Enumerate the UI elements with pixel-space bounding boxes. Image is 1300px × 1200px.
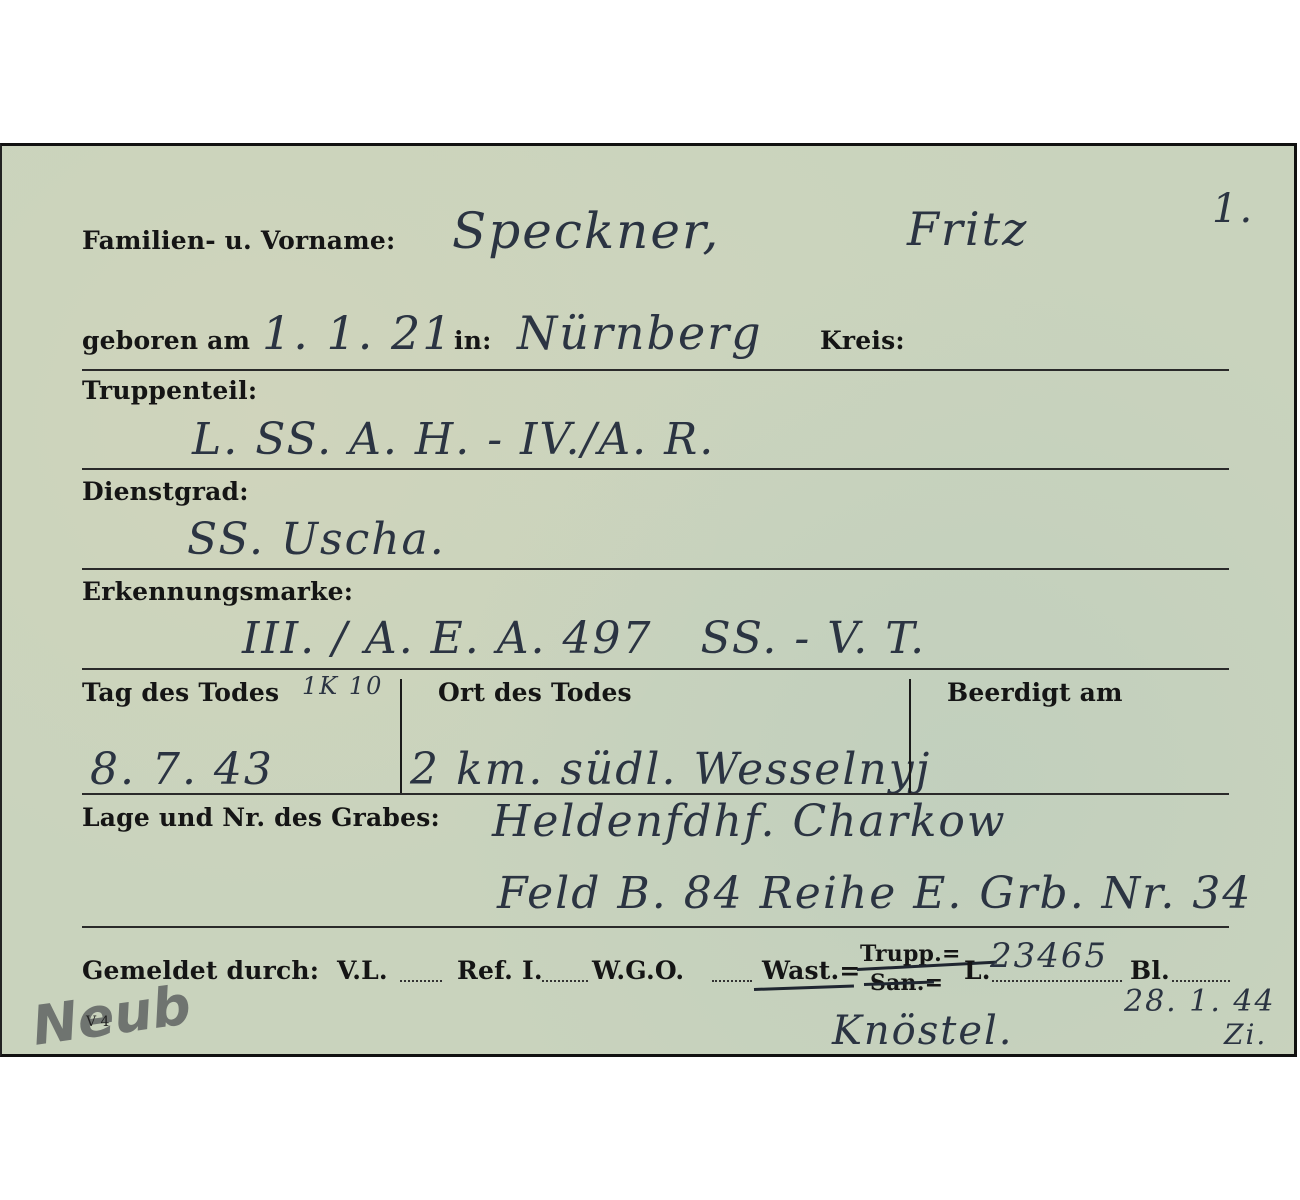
buried-label: Beerdigt am <box>947 678 1123 707</box>
id-tag-value: III. / A. E. A. 497 SS. - V. T. <box>242 613 926 664</box>
pencil-note: Neub <box>28 973 194 1058</box>
birth-date-value: 1. 1. 21 <box>262 306 454 360</box>
reported-ref: Ref. I. <box>457 956 543 985</box>
reported-wgo-dots <box>712 980 752 982</box>
birth-place-value: Nürnberg <box>517 306 763 360</box>
surname-value: Speckner, <box>452 202 720 260</box>
name-label: Familien- u. Vorname: <box>82 226 395 255</box>
id-tag-label: Erkennungsmarke: <box>82 577 353 606</box>
reported-bl-label: Bl. <box>1130 956 1170 985</box>
reported-vl: V.L. <box>337 956 388 985</box>
rank-value: SS. Uscha. <box>187 514 446 565</box>
reported-ref-dots <box>542 980 588 982</box>
rule-death <box>82 793 1229 795</box>
wast-underline <box>754 985 854 991</box>
rule-unit <box>82 468 1229 470</box>
reported-date: 28. 1. 44 <box>1124 984 1276 1019</box>
birth-place-label: in: <box>454 326 492 355</box>
rule-id-tag <box>82 668 1229 670</box>
unit-label: Truppenteil: <box>82 376 257 405</box>
grave-line-2: Feld B. 84 Reihe E. Grb. Nr. 34 <box>497 868 1252 919</box>
rank-label: Dienstgrad: <box>82 477 249 506</box>
reported-l-label: L. <box>964 956 991 985</box>
death-place-value: 2 km. südl. Wesselnyj <box>410 744 931 795</box>
form-code: V 4 <box>86 1014 109 1030</box>
given-name-value: Fritz <box>907 202 1028 256</box>
reported-wast: Wast.= <box>762 956 861 985</box>
rule-birth <box>82 369 1229 371</box>
death-day-label: Tag des Todes <box>82 678 279 707</box>
reported-label: Gemeldet durch: <box>82 956 319 985</box>
grave-line-1: Heldenfdhf. Charkow <box>492 796 1007 847</box>
birth-date-label: geboren am <box>82 326 250 355</box>
death-place-label: Ort des Todes <box>438 678 632 707</box>
card-number: 1. <box>1212 186 1254 232</box>
divider-death-1 <box>400 679 402 794</box>
divider-death-2 <box>909 679 911 794</box>
rule-rank <box>82 568 1229 570</box>
grave-label: Lage und Nr. des Grabes: <box>82 803 440 832</box>
rule-grave <box>82 926 1229 928</box>
death-day-value: 8. 7. 43 <box>90 744 274 795</box>
reported-l-dots <box>992 980 1122 982</box>
reported-l-value: 23465 <box>990 936 1108 976</box>
unit-value: L. SS. A. H. - IV./A. R. <box>192 414 715 465</box>
reported-vl-dots <box>400 980 442 982</box>
death-day-annotation: 1K 10 <box>302 672 383 700</box>
reported-initials: Zi. <box>1224 1018 1267 1051</box>
district-label: Kreis: <box>820 326 905 355</box>
reported-wgo: W.G.O. <box>592 956 684 985</box>
reported-signature: Knöstel. <box>832 1008 1014 1054</box>
reported-bl-dots <box>1172 980 1230 982</box>
death-record-card: 1. Familien- u. Vorname: Speckner, Fritz… <box>0 143 1297 1057</box>
